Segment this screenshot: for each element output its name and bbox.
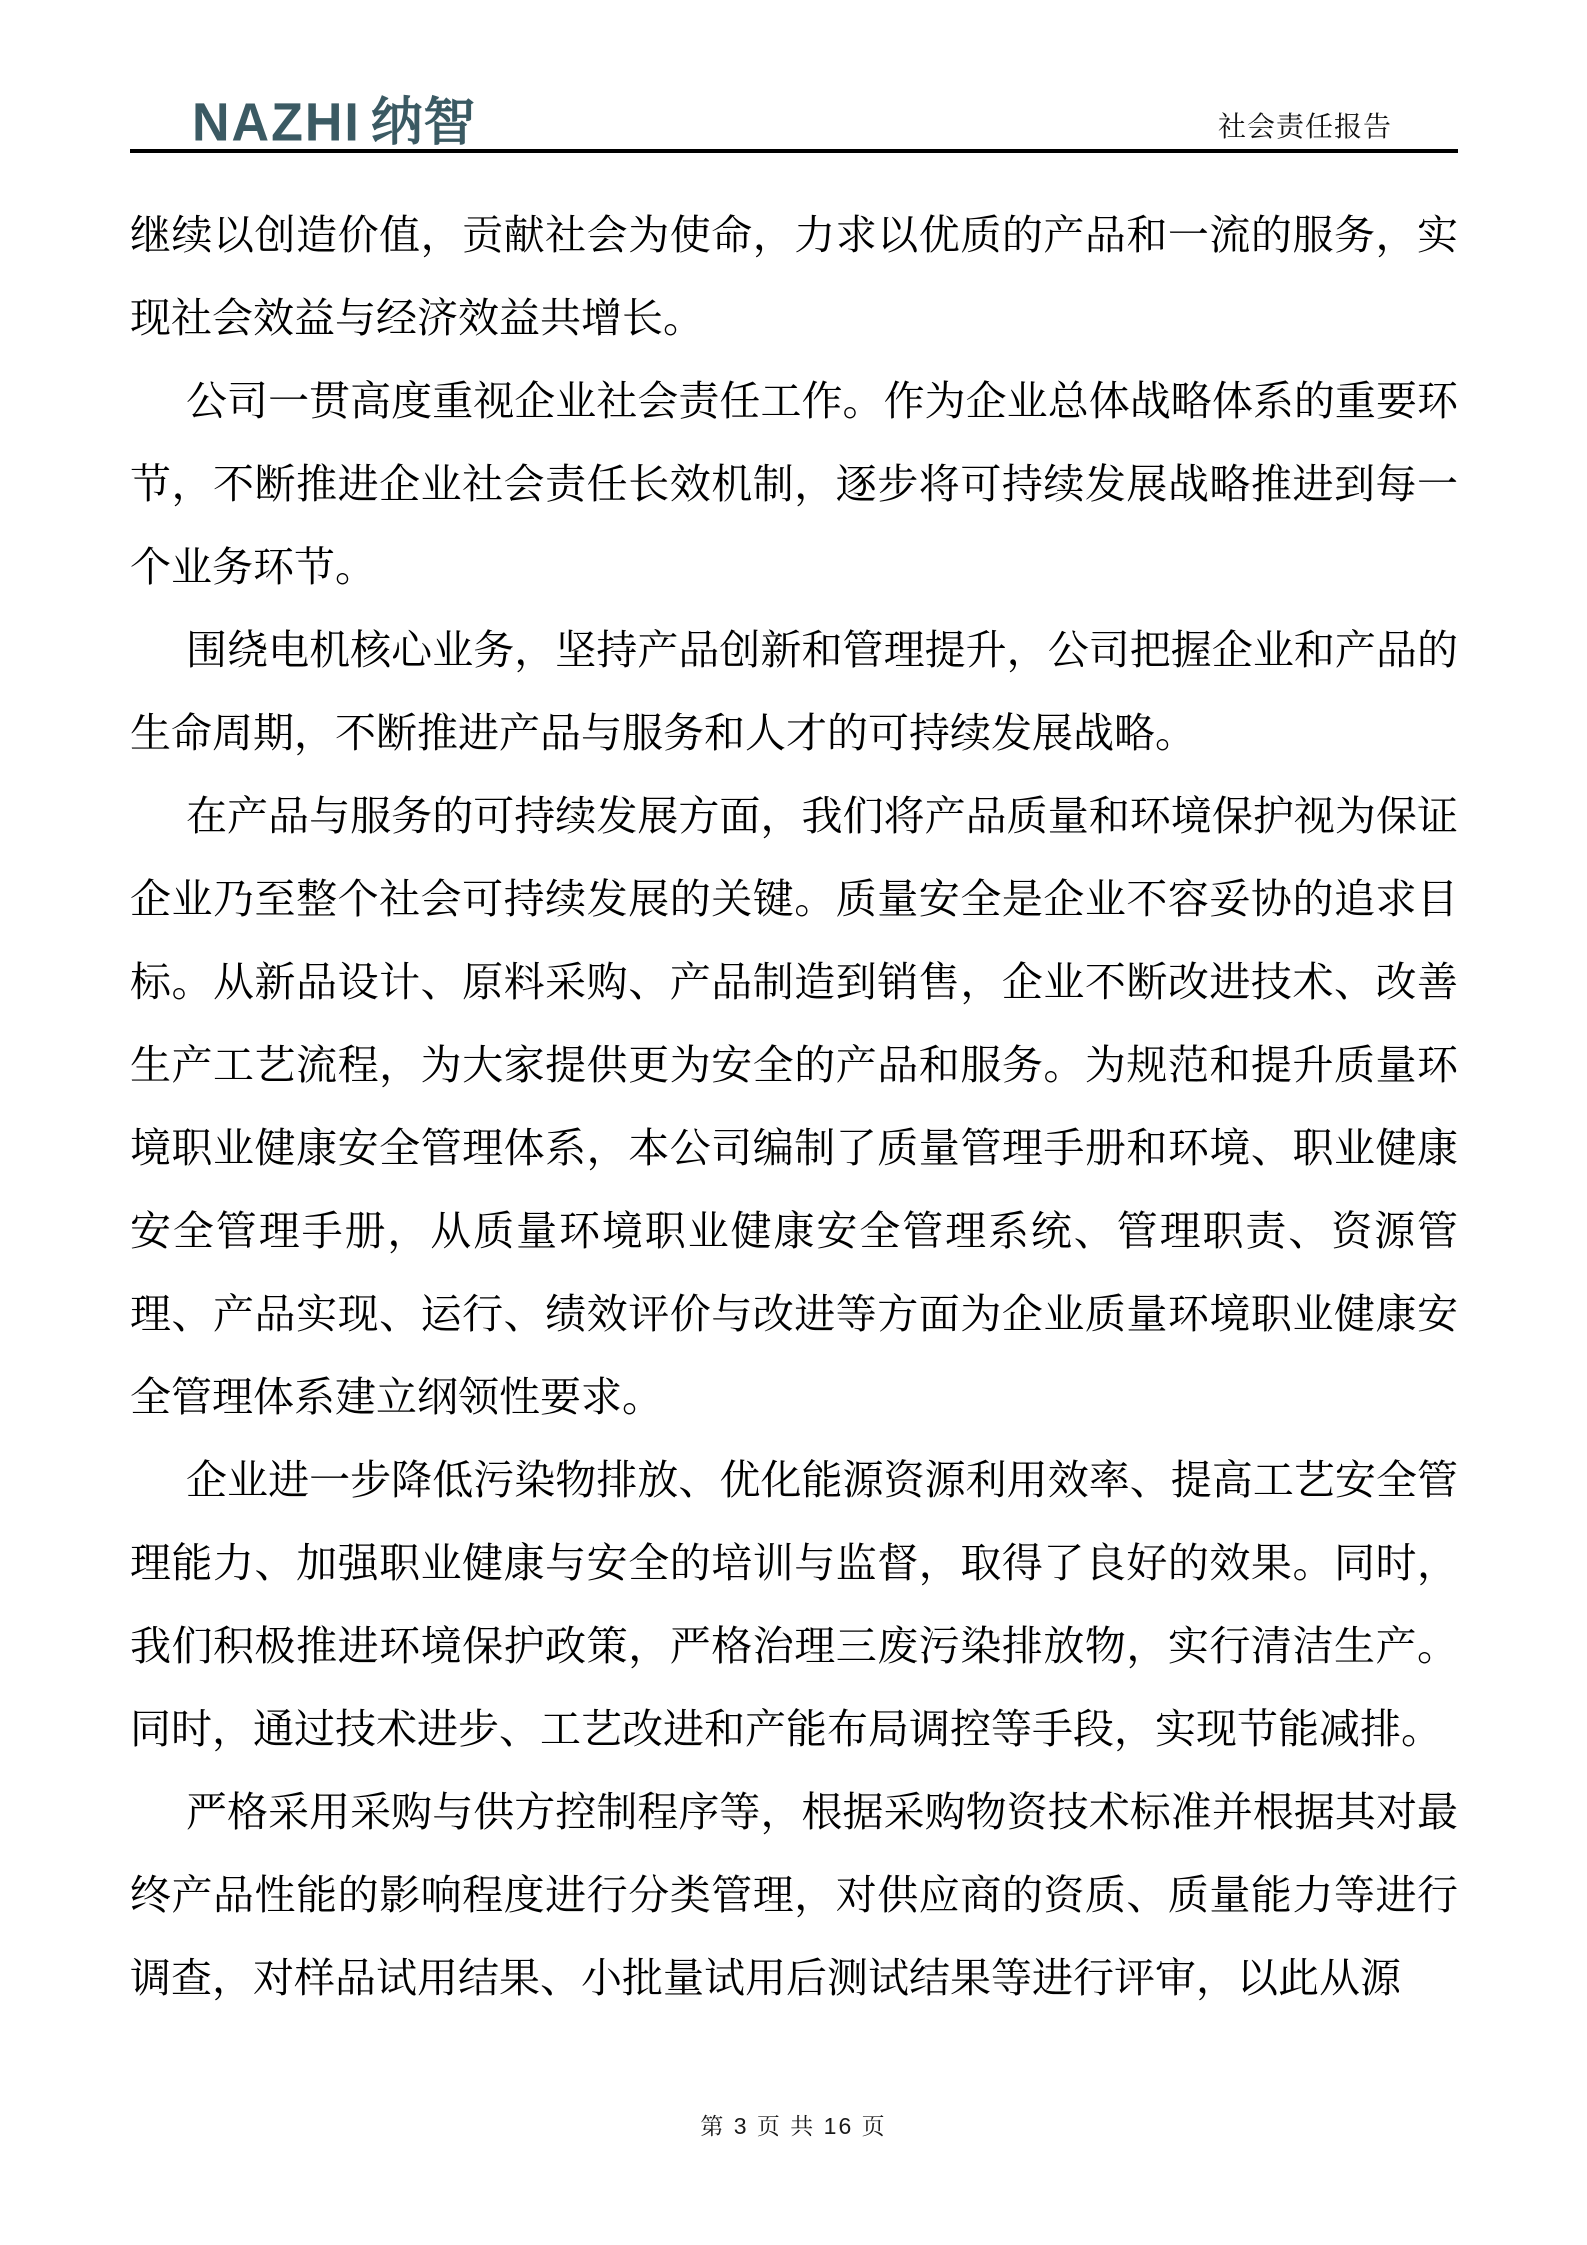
logo-latin-text: NAZHI — [192, 96, 361, 150]
header-rule — [130, 149, 1458, 153]
page-footer: 第 3 页 共 16 页 — [0, 2108, 1587, 2141]
header-document-title: 社会责任报告 — [1218, 105, 1392, 145]
document-body: 继续以创造价值，贡献社会为使命，力求以优质的产品和一流的服务，实现社会效益与经济… — [130, 194, 1458, 2020]
report-page: NAZHI纳智 社会责任报告 继续以创造价值，贡献社会为使命，力求以优质的产品和… — [0, 0, 1587, 2245]
company-logo: NAZHI纳智 — [192, 97, 476, 149]
page-header: NAZHI纳智 社会责任报告 — [130, 0, 1458, 149]
body-paragraph: 在产品与服务的可持续发展方面，我们将产品质量和环境保护视为保证企业乃至整个社会可… — [130, 775, 1458, 1439]
body-paragraph: 企业进一步降低污染物排放、优化能源资源利用效率、提高工艺安全管理能力、加强职业健… — [130, 1439, 1458, 1771]
body-paragraph: 公司一贯高度重视企业社会责任工作。作为企业总体战略体系的重要环节，不断推进企业社… — [130, 360, 1458, 609]
body-paragraph: 围绕电机核心业务，坚持产品创新和管理提升，公司把握企业和产品的生命周期，不断推进… — [130, 609, 1458, 775]
body-paragraph: 继续以创造价值，贡献社会为使命，力求以优质的产品和一流的服务，实现社会效益与经济… — [130, 194, 1458, 360]
body-paragraph: 严格采用采购与供方控制程序等，根据采购物资技术标准并根据其对最终产品性能的影响程… — [130, 1771, 1458, 2020]
page-number: 第 3 页 共 16 页 — [700, 2113, 886, 2139]
logo-cjk-text: 纳智 — [371, 97, 476, 149]
